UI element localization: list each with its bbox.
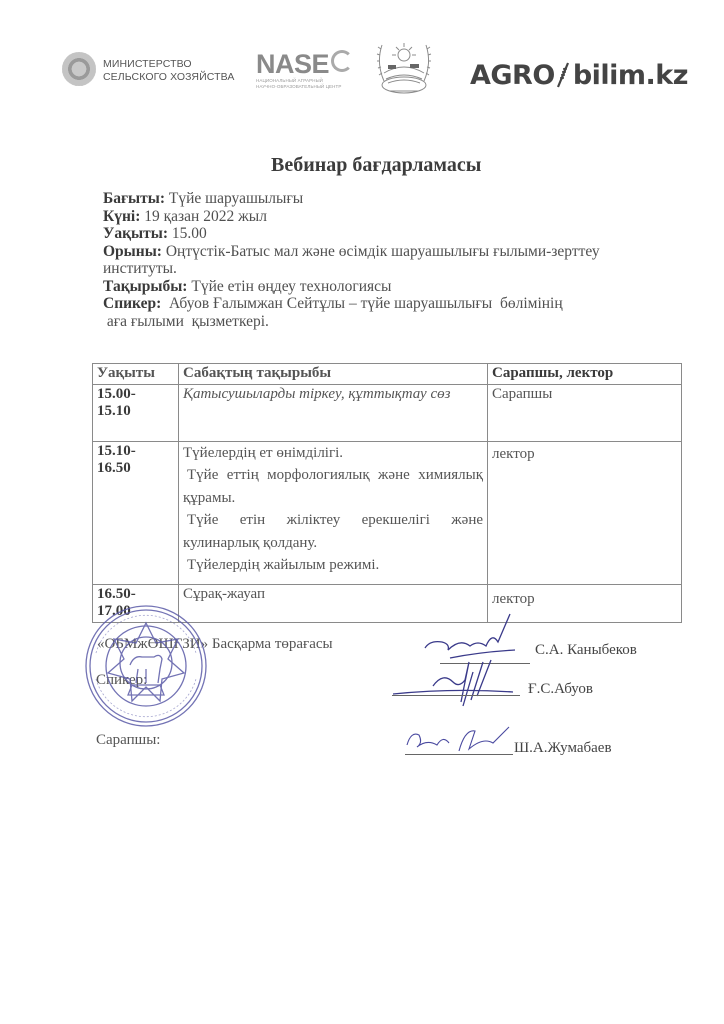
table-row: 15.10-16.50 Түйелердің ет өнімділігі. Тү… [93, 441, 682, 584]
kazakhstan-emblem-icon [62, 52, 96, 86]
row-person: Сарапшы [488, 384, 682, 441]
row-topic: Түйелердің ет өнімділігі. Түйе еттің мор… [179, 441, 488, 584]
speaker-label: Спикер: [103, 295, 161, 312]
time-start: 15.10- [97, 443, 174, 461]
topic-line: Түйе еттің морфологиялық және химиялық қ… [183, 464, 483, 509]
document-title: Вебинар бағдарламасы [271, 154, 481, 177]
nasec-logo: NASE НАЦИОНАЛЬНЫЙ АГРАРНЫЙ НАУЧНО-ОБРАЗО… [256, 50, 353, 90]
bilim-text: bilim.kz [573, 60, 688, 91]
table-header-row: Уақыты Сабақтың тақырыбы Сарапшы, лектор [93, 364, 682, 385]
topic-label: Тақырыбы: [103, 278, 187, 295]
header-topic: Сабақтың тақырыбы [179, 364, 488, 385]
row-topic: Қатысушыларды тіркеу, құттықтау сөз [179, 384, 488, 441]
ministry-line-1: МИНИСТЕРСТВО [103, 58, 234, 71]
topic-line: Түйелердің ет өнімділігі. [183, 442, 483, 465]
speaker-name: Ғ.С.Абуов [528, 681, 593, 698]
speaker-row-2: аға ғылыми қызметкері. [103, 313, 663, 331]
date-row: Күні: 19 қазан 2022 жыл [103, 208, 663, 226]
row-time: 15.10-16.50 [93, 441, 179, 584]
topic-line: Түйе етін жіліктеу ерекшелігі және кулин… [183, 509, 483, 554]
topic-line: Қатысушыларды тіркеу, құттықтау сөз [183, 386, 450, 402]
ministry-logo-text: МИНИСТЕРСТВО СЕЛЬСКОГО ХОЗЯЙСТВА [103, 58, 234, 84]
date-value: 19 қазан 2022 жыл [140, 208, 267, 225]
time-start: 16.50- [97, 586, 174, 604]
ministry-line-2: СЕЛЬСКОГО ХОЗЯЙСТВА [103, 71, 234, 84]
topic-line: Түйелердің жайылым режимі. [183, 554, 483, 577]
expert-sign-label: Сарапшы: [96, 732, 160, 749]
header-person: Сарапшы, лектор [488, 364, 682, 385]
header-time: Уақыты [93, 364, 179, 385]
row-person: лектор [488, 441, 682, 584]
time-end: 16.50 [97, 460, 174, 478]
nasec-subtitle-2: НАУЧНО-ОБРАЗОВАТЕЛЬНЫЙ ЦЕНТР [256, 84, 353, 90]
time-label: Уақыты: [103, 225, 168, 242]
agrobilim-logo: AGRObilim.kz [470, 61, 688, 91]
speaker-value-2: аға ғылыми қызметкері. [103, 313, 269, 330]
chairman-name: С.А. Каныбеков [535, 642, 637, 659]
expert-name: Ш.А.Жумабаев [514, 740, 612, 757]
webinar-info: Бағыты: Түйе шаруашылығы Күні: 19 қазан … [103, 190, 663, 330]
institute-seal-icon [372, 33, 436, 99]
speaker-signature [393, 652, 518, 712]
nasec-c-icon [331, 50, 353, 72]
program-table: Уақыты Сабақтың тақырыбы Сарапшы, лектор… [92, 363, 682, 623]
wheat-icon [556, 62, 570, 88]
direction-row: Бағыты: Түйе шаруашылығы [103, 190, 663, 208]
time-start: 15.00- [97, 386, 174, 404]
direction-label: Бағыты: [103, 190, 165, 207]
row-time: 15.00-15.10 [93, 384, 179, 441]
place-row: Орыны: Оңтүстік-Батыс мал және өсімдік ш… [103, 243, 663, 278]
speaker-value: Абуов Ғалымжан Сейтұлы – түйе шаруашылығ… [161, 295, 562, 312]
topic-line: Сұрақ-жауап [183, 586, 265, 602]
time-value: 15.00 [168, 225, 207, 242]
direction-value: Түйе шаруашылығы [165, 190, 303, 207]
table-row: 15.00-15.10 Қатысушыларды тіркеу, құттық… [93, 384, 682, 441]
expert-sign-line [405, 754, 513, 755]
time-end: 15.10 [97, 403, 174, 421]
speaker-sign-line [392, 695, 520, 696]
topic-row: Тақырыбы: Түйе етін өңдеу технологиясы [103, 278, 663, 296]
agro-text: AGRO [470, 60, 555, 91]
organization-stamp-icon [82, 603, 210, 729]
place-value: Оңтүстік-Батыс мал және өсімдік шаруашыл… [103, 243, 600, 278]
time-row: Уақыты: 15.00 [103, 225, 663, 243]
place-label: Орыны: [103, 243, 162, 260]
topic-value: Түйе етін өңдеу технологиясы [187, 278, 391, 295]
speaker-row: Спикер: Абуов Ғалымжан Сейтұлы – түйе ша… [103, 295, 663, 313]
nasec-name: NASE [256, 49, 329, 79]
date-label: Күні: [103, 208, 140, 225]
